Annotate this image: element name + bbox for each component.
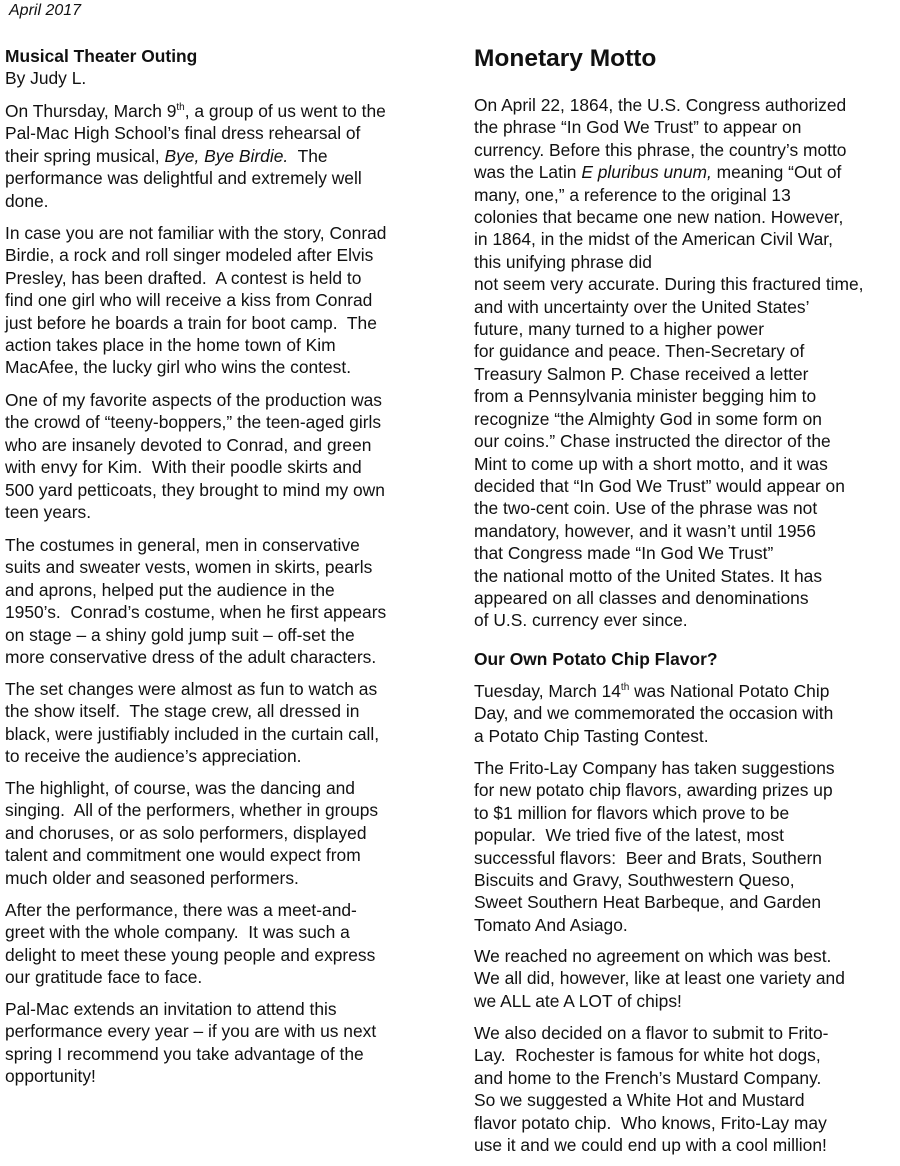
paragraph: Tuesday, March 14th was National Potato … <box>474 680 833 747</box>
musical-title: Bye, Bye Birdie. <box>164 146 288 166</box>
paragraph: We reached no agreement on which was bes… <box>474 945 845 1012</box>
article-title-monetary-motto: Monetary Motto <box>474 44 656 74</box>
paragraph: Pal-Mac extends an invitation to attend … <box>5 998 376 1088</box>
paragraph: On April 22, 1864, the U.S. Congress aut… <box>474 94 864 632</box>
paragraph: In case you are not familiar with the st… <box>5 222 386 379</box>
latin-motto: E pluribus unum, <box>581 162 712 182</box>
article-title-musical-theater: Musical Theater Outing <box>5 45 197 67</box>
paragraph: After the performance, there was a meet-… <box>5 899 375 989</box>
paragraph: The set changes were almost as fun to wa… <box>5 678 379 768</box>
paragraph: One of my favorite aspects of the produc… <box>5 389 385 523</box>
paragraph: The Frito-Lay Company has taken suggesti… <box>474 757 835 936</box>
paragraph: The highlight, of course, was the dancin… <box>5 777 378 889</box>
page-date: April 2017 <box>9 1 81 21</box>
paragraph: The costumes in general, men in conserva… <box>5 534 386 668</box>
paragraph: On Thursday, March 9th, a group of us we… <box>5 100 386 212</box>
paragraph: We also decided on a flavor to submit to… <box>474 1022 828 1156</box>
article-byline: By Judy L. <box>5 67 86 89</box>
article-title-potato-chip: Our Own Potato Chip Flavor? <box>474 648 717 670</box>
